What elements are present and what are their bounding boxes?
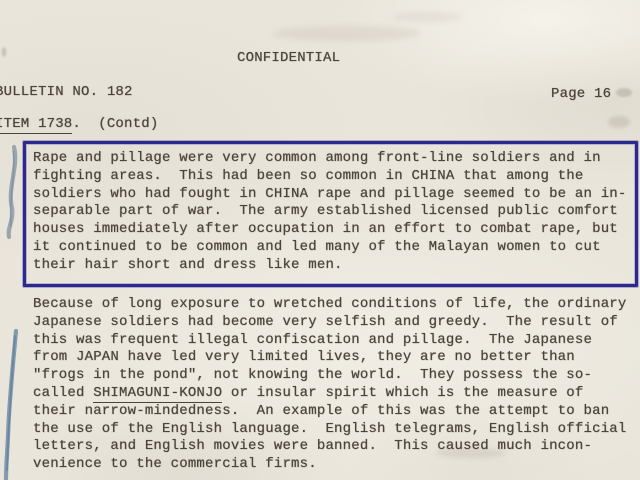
text-line: letters, and English movies were banned.… bbox=[33, 438, 627, 456]
text-line: venience to the commercial firms. bbox=[33, 456, 627, 474]
pencil-stroke-upper-detail bbox=[11, 151, 14, 226]
underlined-text: ITEM 1738 bbox=[0, 116, 72, 134]
text-line: their narrow-mindedness. An example of t… bbox=[33, 403, 627, 421]
text-line: the use of the English language. English… bbox=[33, 421, 627, 439]
boxed-paragraph: Rape and pillage were very common among … bbox=[33, 150, 627, 275]
pencil-stroke-lower-detail bbox=[7, 336, 15, 470]
classification-header: CONFIDENTIAL bbox=[237, 50, 340, 68]
page-number: Page 16 bbox=[551, 86, 611, 104]
text-segment: soldiers who had fought in CHINA rape an… bbox=[33, 186, 627, 202]
text-line: ITEM 1738. (Contd) bbox=[0, 116, 158, 134]
text-segment: their hair short and dress like men. bbox=[33, 257, 343, 273]
text-segment: their narrow-mindedness. An example of t… bbox=[33, 403, 609, 419]
paper-smudge bbox=[272, 26, 422, 41]
text-line: fighting areas. This had been so common … bbox=[33, 168, 627, 186]
paper-smudge bbox=[616, 88, 632, 97]
paper-smudge bbox=[392, 12, 462, 22]
text-segment: Because of long exposure to wretched con… bbox=[33, 296, 627, 312]
text-line: Japanese soldiers had become very selfis… bbox=[33, 314, 627, 332]
body-paragraph: Because of long exposure to wretched con… bbox=[33, 296, 627, 474]
pencil-stroke-upper bbox=[9, 147, 16, 237]
bulletin-number: BULLETIN NO. 182 bbox=[0, 84, 133, 102]
text-line: called SHIMAGUNI-KONJO or insular spirit… bbox=[33, 385, 627, 403]
text-line: houses immediately after occupation in a… bbox=[33, 221, 627, 239]
underlined-text: SHIMAGUNI-KONJO bbox=[93, 385, 222, 403]
text-line: soldiers who had fought in CHINA rape an… bbox=[33, 186, 627, 204]
text-segment: Japanese soldiers had become very selfis… bbox=[33, 314, 618, 330]
text-segment: . (Contd) bbox=[72, 116, 158, 132]
text-segment: called bbox=[33, 385, 93, 401]
text-line: Rape and pillage were very common among … bbox=[33, 150, 627, 168]
text-line: separable part of war. The army establis… bbox=[33, 203, 627, 221]
paper-smudge bbox=[608, 116, 630, 128]
text-line: this was frequent illegal confiscation a… bbox=[33, 332, 627, 350]
text-segment: this was frequent illegal confiscation a… bbox=[33, 332, 592, 348]
text-segment: letters, and English movies were banned.… bbox=[33, 438, 592, 454]
text-segment: from JAPAN have led very limited lives, … bbox=[33, 349, 575, 365]
highlight-box: Rape and pillage were very common among … bbox=[23, 141, 638, 287]
text-segment: it continued to be common and led many o… bbox=[33, 239, 601, 255]
text-segment: or insular spirit which is the measure o… bbox=[222, 385, 583, 401]
text-segment: fighting areas. This had been so common … bbox=[33, 168, 584, 184]
pencil-stroke-lower bbox=[6, 331, 16, 479]
item-heading: ITEM 1738. (Contd) bbox=[0, 116, 158, 134]
text-line: from JAPAN have led very limited lives, … bbox=[33, 349, 627, 367]
text-segment: separable part of war. The army establis… bbox=[33, 203, 618, 219]
text-segment: "frogs in the pond", not knowing the wor… bbox=[33, 367, 592, 383]
text-line: Because of long exposure to wretched con… bbox=[33, 296, 627, 314]
text-segment: houses immediately after occupation in a… bbox=[33, 221, 618, 237]
text-line: their hair short and dress like men. bbox=[33, 257, 627, 275]
scanned-document-page: CONFIDENTIAL BULLETIN NO. 182 Page 16 IT… bbox=[0, 0, 640, 480]
text-segment: the use of the English language. English… bbox=[33, 421, 627, 437]
text-segment: venience to the commercial firms. bbox=[33, 456, 317, 472]
text-segment: Rape and pillage were very common among … bbox=[33, 150, 601, 166]
text-line: it continued to be common and led many o… bbox=[33, 239, 627, 257]
text-line: "frogs in the pond", not knowing the wor… bbox=[33, 367, 627, 385]
paper-smudge bbox=[2, 47, 6, 57]
